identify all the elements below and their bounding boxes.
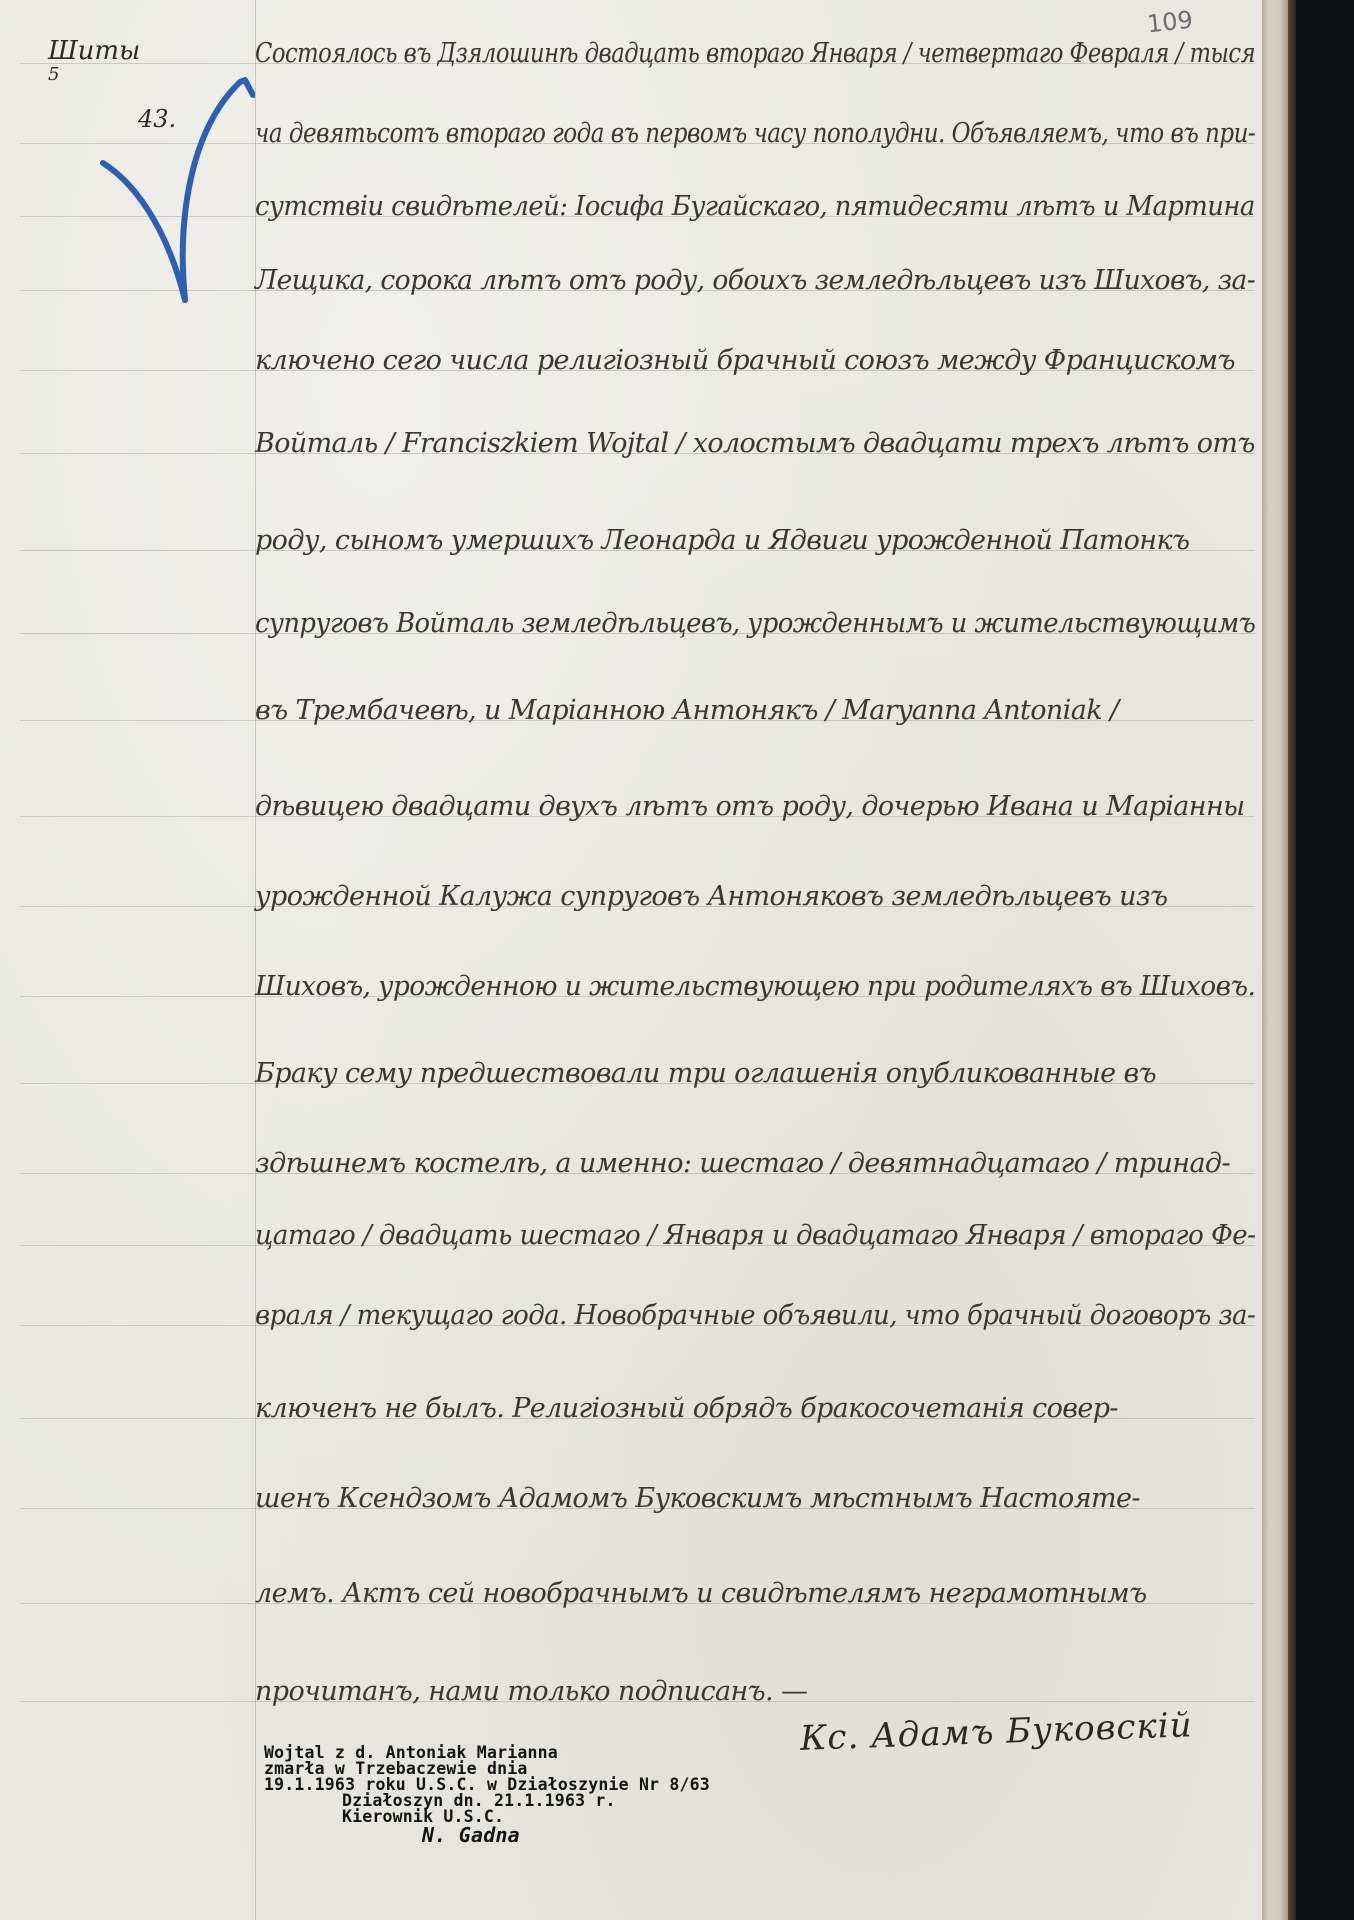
- book-binding: [1288, 0, 1296, 1920]
- handwritten-line: Браку сему предшествовали три оглашенія …: [255, 1058, 1255, 1089]
- handwritten-line: дѣвицею двадцати двухъ лѣтъ отъ роду, до…: [255, 791, 1255, 822]
- handwritten-line: враля / текущаго года. Новобрачные объяв…: [255, 1300, 1217, 1331]
- annotation-line: Kierownik U.S.C.: [342, 1809, 710, 1825]
- civil-registry-annotation: Wojtal z d. Antoniak Marianna zmarła w T…: [264, 1745, 710, 1843]
- handwritten-line: сутствіи свидѣтелей: Іосифа Бугайскаго, …: [255, 191, 1214, 222]
- page-number: 109: [1146, 6, 1194, 39]
- handwritten-line: роду, сыномъ умершихъ Леонарда и Ядвиги …: [255, 525, 1255, 556]
- page-edge: [1262, 0, 1288, 1920]
- handwritten-line: лемъ. Актъ сей новобрачнымъ и свидѣтелям…: [255, 1578, 1255, 1609]
- village-note: 5: [48, 64, 59, 85]
- handwritten-line: ключено сего числа религіозный брачный с…: [255, 345, 1255, 376]
- handwritten-line: Лещика, сорока лѣтъ отъ роду, обоихъ зем…: [255, 265, 1238, 296]
- handwritten-line: супруговъ Войталь земледѣльцевъ, урожден…: [255, 608, 1213, 639]
- margin-village-name: Шиты: [48, 36, 140, 66]
- handwritten-line: Войталь / Franciszkiem Wojtal / холостым…: [255, 428, 1253, 459]
- handwritten-line: въ Трембачевѣ, и Маріанною Антонякъ / Ma…: [255, 695, 1255, 726]
- handwritten-line: цатаго / двадцать шестаго / Января и два…: [255, 1220, 1228, 1251]
- priest-signature: Кс. Адамъ Буковскій: [799, 1705, 1193, 1759]
- handwritten-line: прочитанъ, нами только подписанъ. —: [255, 1676, 1255, 1707]
- handwritten-line: ключенъ не былъ. Религіозный обрядъ брак…: [255, 1393, 1255, 1424]
- annotation-signature: N. Gadna: [422, 1827, 710, 1843]
- blue-check-icon: [95, 70, 255, 310]
- handwritten-line: Шиховъ, урожденною и жительствующею при …: [255, 971, 1234, 1002]
- village-name: Шиты: [48, 36, 140, 66]
- handwritten-line: ча девятьсотъ втораго года въ первомъ ча…: [255, 118, 1108, 149]
- handwritten-line: урожденной Калужа супруговъ Антоняковъ з…: [255, 881, 1255, 912]
- handwritten-line: Состоялось въ Дзялошинѣ двадцать втораго…: [255, 38, 1095, 69]
- handwritten-line: здѣшнемъ костелѣ, а именно: шестаго / де…: [255, 1148, 1255, 1179]
- register-page: 109 Шиты 5 43. Состоялось въ Дзялошинѣ д…: [0, 0, 1262, 1920]
- handwritten-line: шенъ Ксендзомъ Адамомъ Буковскимъ мѣстны…: [255, 1483, 1255, 1514]
